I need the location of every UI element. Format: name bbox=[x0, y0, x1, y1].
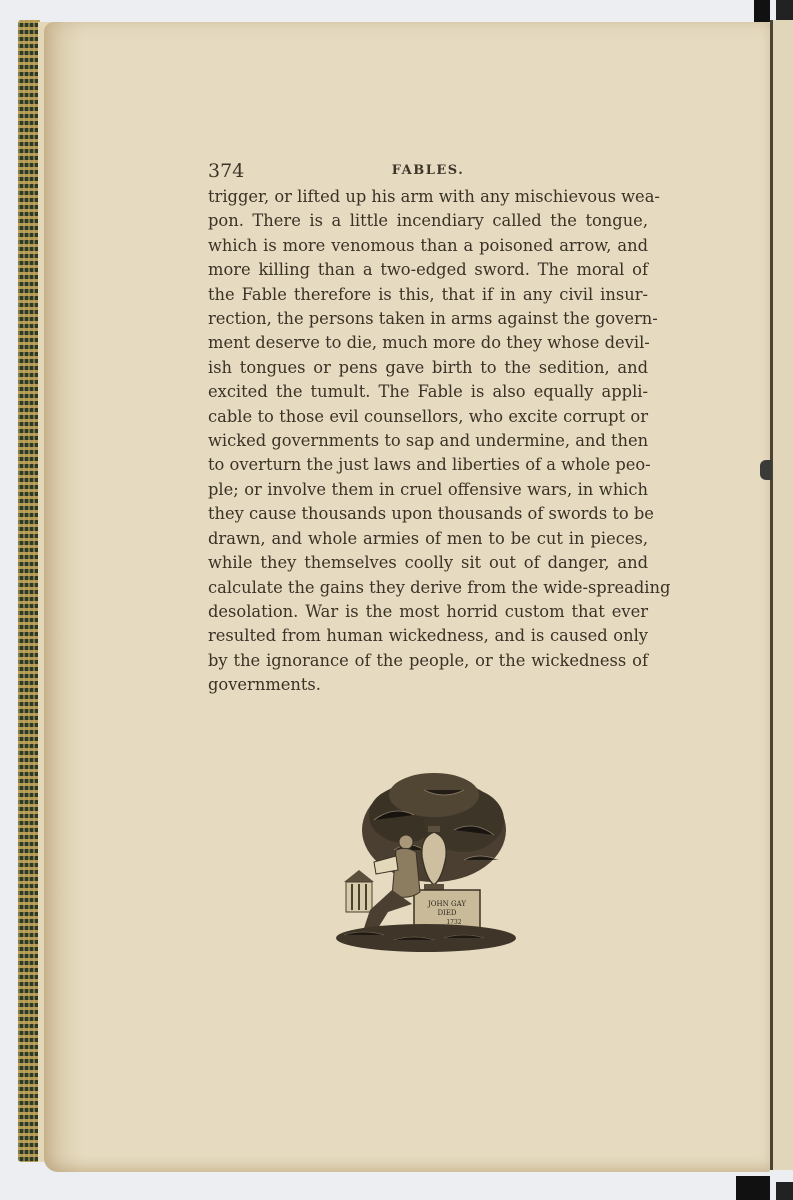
text-line: wicked governments to sap and undermine,… bbox=[208, 429, 648, 453]
text-line: calculate the gains they derive from the… bbox=[208, 576, 648, 600]
body-text: trigger, or lifted up his arm with any m… bbox=[208, 185, 648, 698]
inscription-line-1: JOHN GAY bbox=[427, 900, 466, 908]
temple-icon bbox=[344, 870, 374, 912]
background-dark-corner bbox=[776, 1182, 793, 1200]
inscription-line-2: DIED bbox=[437, 909, 456, 917]
text-line: trigger, or lifted up his arm with any m… bbox=[208, 185, 648, 209]
adjacent-page-edge bbox=[773, 20, 793, 1170]
text-line: drawn, and whole armies of men to be cut… bbox=[208, 527, 648, 551]
text-line: excited the tumult. The Fable is also eq… bbox=[208, 380, 648, 404]
text-line: governments. bbox=[208, 673, 648, 697]
text-line: to overturn the just laws and liberties … bbox=[208, 453, 648, 477]
page-gutter-shadow bbox=[44, 22, 84, 1172]
text-line: pon. There is a little incendiary called… bbox=[208, 209, 648, 233]
background-dark-corner bbox=[776, 0, 793, 20]
book-spine-binding bbox=[18, 20, 40, 1162]
text-line: ment deserve to die, much more do they w… bbox=[208, 331, 648, 355]
running-title: FABLES. bbox=[208, 163, 648, 178]
page-tab-mark bbox=[760, 460, 772, 480]
text-line: which is more venomous than a poisoned a… bbox=[208, 234, 648, 258]
text-line: ple; or involve them in cruel offensive … bbox=[208, 478, 648, 502]
text-line: while they themselves coolly sit out of … bbox=[208, 551, 648, 575]
text-line: they cause thousands upon thousands of s… bbox=[208, 502, 648, 526]
text-line: resulted from human wickedness, and is c… bbox=[208, 624, 648, 648]
running-head: 374 FABLES. bbox=[208, 160, 648, 184]
text-line: cable to those evil counsellors, who exc… bbox=[208, 405, 648, 429]
text-line: desolation. War is the most horrid custo… bbox=[208, 600, 648, 624]
background-dark-corner bbox=[736, 1176, 770, 1200]
text-line: more killing than a two-edged sword. The… bbox=[208, 258, 648, 282]
text-line: the Fable therefore is this, that if in … bbox=[208, 283, 648, 307]
background-dark-corner bbox=[754, 0, 770, 22]
text-line: ish tongues or pens gave birth to the se… bbox=[208, 356, 648, 380]
woodcut-vignette: JOHN GAY DIED 1732 bbox=[334, 770, 518, 955]
text-line: by the ignorance of the people, or the w… bbox=[208, 649, 648, 673]
text-line: rection, the persons taken in arms again… bbox=[208, 307, 648, 331]
